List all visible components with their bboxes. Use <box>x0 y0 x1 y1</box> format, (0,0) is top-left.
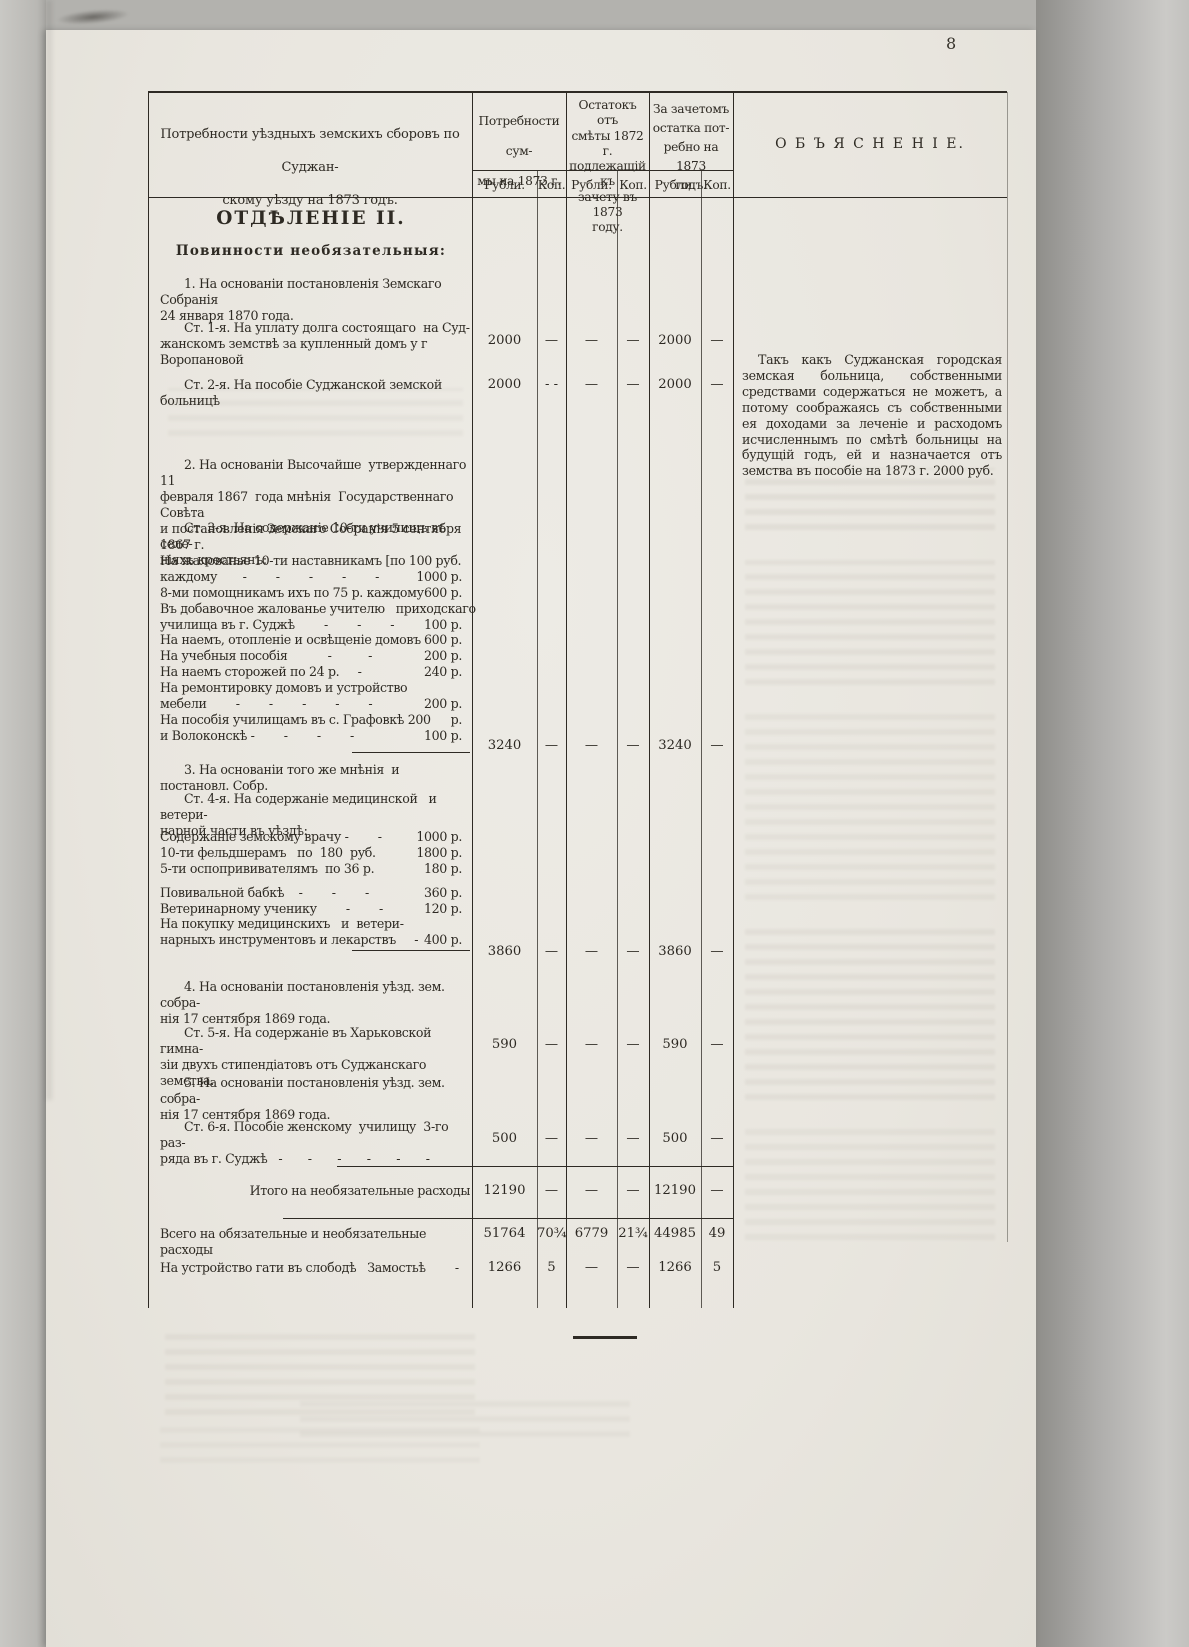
bleedthrough <box>745 705 995 900</box>
list-item-amount: 100 р. <box>424 728 462 744</box>
value-row-article-1: 2000———2000— <box>472 333 733 348</box>
subheader-kopecks: Коп. <box>617 178 649 192</box>
value-cell: — <box>701 333 733 348</box>
list-item-label: 10-ти фельдшерамъ по 180 руб. <box>160 845 376 861</box>
value-cell: — <box>617 1183 649 1198</box>
value-cell: 3860 <box>649 944 701 959</box>
value-cell: 3240 <box>472 738 537 753</box>
list-item-label: 8-ми помощникамъ ихъ по 75 р. каждому <box>160 585 424 601</box>
value-row-article-6: 500———500— <box>472 1131 733 1146</box>
value-cell: 70¾ <box>537 1226 566 1241</box>
value-cell: — <box>566 738 617 753</box>
scan-right-edge <box>1036 0 1189 1647</box>
value-cell: 1266 <box>472 1260 537 1275</box>
value-cell: 12190 <box>472 1183 537 1198</box>
list-item-label: На учебныя пособія - - <box>160 648 372 664</box>
list-item-amount: 200 р. <box>424 696 462 712</box>
subheader-kopecks: Коп. <box>701 178 733 192</box>
list-item-label: На наемъ, отопленіе и освѣщеніе домовъ <box>160 632 421 648</box>
value-row-article-3-sum: 3240———3240— <box>472 738 733 753</box>
value-cell: 5 <box>701 1260 733 1275</box>
list-item: 8-ми помощникамъ ихъ по 75 р. каждому600… <box>160 585 462 601</box>
value-row-causeway: 12665——12665 <box>472 1260 733 1275</box>
column-header-remainder-1872: Остатокъ отъ смѣты 1872 г. подлежащій къ… <box>566 98 649 236</box>
bleedthrough <box>745 560 995 685</box>
section-title: ОТДѢЛЕНІЕ II. <box>160 208 462 229</box>
value-cell: 21¾ <box>617 1226 649 1241</box>
list-item: нарныхъ инструментовъ и лекарствъ -400 р… <box>160 932 462 948</box>
list-item-label: Ветеринарному ученику - - <box>160 901 383 917</box>
value-cell: 1266 <box>649 1260 701 1275</box>
value-cell: 51764 <box>472 1226 537 1241</box>
value-cell: — <box>617 377 649 392</box>
list-item-amount: 400 р. <box>424 932 462 948</box>
list-item-label: На ремонтировку домовъ и устройство <box>160 680 407 696</box>
subheader-kopecks: Коп. <box>537 178 566 192</box>
value-cell: 6779 <box>566 1226 617 1241</box>
table-rule <box>148 91 1007 93</box>
value-cell: — <box>701 738 733 753</box>
list-item: и Волоконскѣ - - - -100 р. <box>160 728 462 744</box>
page-number: 8 <box>946 34 956 53</box>
paragraph-basis-5: 5. На основаніи постановленія уѣзд. зем.… <box>160 1075 470 1123</box>
value-cell: 3240 <box>649 738 701 753</box>
list-item: Содержаніе земскому врачу - -1000 р. <box>160 829 462 845</box>
explanation-paragraph: Такъ какъ Суджанская городская земская б… <box>742 352 1002 479</box>
paragraph-basis-1: 1. На основаніи постановленія Земскаго С… <box>160 276 470 324</box>
value-cell: — <box>566 1260 617 1275</box>
value-cell: 49 <box>701 1226 733 1241</box>
value-cell: — <box>537 1131 566 1146</box>
bleedthrough <box>745 468 995 530</box>
causeway-row-label: На устройство гати въ слободѣ Замостьѣ - <box>160 1260 470 1276</box>
value-cell: 590 <box>472 1037 537 1052</box>
list-item-label: мебели - - - - - <box>160 696 372 712</box>
value-cell: - - <box>537 377 566 392</box>
value-row-article-4-sum: 3860———3860— <box>472 944 733 959</box>
list-item: На наемъ, отопленіе и освѣщеніе домовъ60… <box>160 632 462 648</box>
value-cell: — <box>701 377 733 392</box>
list-item: Ветеринарному ученику - -120 р. <box>160 901 462 917</box>
list-item-label: На жалованье 10-ти наставникамъ [по 100 … <box>160 553 461 569</box>
table-rule <box>148 92 149 1308</box>
list-item-label: На покупку медицинскихъ и ветери- <box>160 916 404 932</box>
list-item-label: 5-ти оспопрививателямъ по 36 р. <box>160 861 374 877</box>
list-item: На ремонтировку домовъ и устройство <box>160 680 462 696</box>
value-cell: — <box>701 1037 733 1052</box>
list-item: На жалованье 10-ти наставникамъ [по 100 … <box>160 553 462 569</box>
value-row-article-2: 2000- -——2000— <box>472 377 733 392</box>
value-cell: — <box>537 333 566 348</box>
value-cell: — <box>537 738 566 753</box>
table-rule <box>1007 92 1008 1242</box>
list-item-amount: 360 р. <box>424 885 462 901</box>
value-cell: 3860 <box>472 944 537 959</box>
value-cell: — <box>617 333 649 348</box>
list-item: 10-ти фельдшерамъ по 180 руб.1800 р. <box>160 845 462 861</box>
value-cell: — <box>566 333 617 348</box>
total-optional-label: Итого на необязательные расходы <box>160 1183 470 1199</box>
list-item-amount: 120 р. <box>424 901 462 917</box>
list-item: Въ добавочное жалованье учителю приходск… <box>160 601 462 617</box>
list-item-label: и Волоконскѣ - - - - <box>160 728 354 744</box>
list-item: каждому - - - - -1000 р. <box>160 569 462 585</box>
article-1-label: Ст. 1-я. На уплату долга состоящаго на С… <box>160 320 470 368</box>
table-rule <box>472 92 473 1308</box>
fold-line <box>46 0 52 1100</box>
value-cell: 44985 <box>649 1226 701 1241</box>
value-row-article-5: 590———590— <box>472 1037 733 1052</box>
value-cell: 5 <box>537 1260 566 1275</box>
value-cell: 12190 <box>649 1183 701 1198</box>
bleedthrough <box>160 1425 480 1463</box>
value-cell: — <box>566 1131 617 1146</box>
sum-underline <box>352 752 470 753</box>
list-item-amount: 1000 р. <box>416 829 462 845</box>
list-item: На учебныя пособія - -200 р. <box>160 648 462 664</box>
school-expense-list: На жалованье 10-ти наставникамъ [по 100 … <box>160 553 462 744</box>
value-cell: 2000 <box>472 333 537 348</box>
value-cell: — <box>617 1260 649 1275</box>
value-cell: — <box>566 1183 617 1198</box>
list-item-amount: 180 р. <box>424 861 462 877</box>
list-item-label: Повивальной бабкѣ - - - <box>160 885 369 901</box>
paragraph-basis-4: 4. На основаніи постановленія уѣзд. зем.… <box>160 979 470 1027</box>
article-6-label: Ст. 6-я. Пособіе женскому училищу 3-го р… <box>160 1119 470 1167</box>
list-item: 5-ти оспопрививателямъ по 36 р.180 р. <box>160 861 462 877</box>
value-cell: 2000 <box>649 333 701 348</box>
value-cell: — <box>701 1131 733 1146</box>
list-item-label: училища въ г. Суджѣ - - - <box>160 617 394 633</box>
list-item-amount: 600 р. <box>424 585 462 601</box>
binding-smudge <box>56 7 131 27</box>
value-cell: 2000 <box>649 377 701 392</box>
value-cell: 590 <box>649 1037 701 1052</box>
value-cell: — <box>617 1131 649 1146</box>
sum-underline <box>352 950 470 951</box>
value-cell: — <box>701 1183 733 1198</box>
value-row-grand-total: 5176470¾677921¾4498549 <box>472 1226 733 1241</box>
list-item: мебели - - - - -200 р. <box>160 696 462 712</box>
list-item-amount: 100 р. <box>424 617 462 633</box>
list-item: На наемъ сторожей по 24 р. -240 р. <box>160 664 462 680</box>
value-cell: — <box>617 944 649 959</box>
value-cell: — <box>537 1183 566 1198</box>
table-rule <box>649 92 650 1308</box>
table-rule <box>566 92 567 1308</box>
value-row-total-optional: 12190———12190— <box>472 1183 733 1198</box>
bleedthrough <box>745 1125 995 1240</box>
bleedthrough <box>168 388 463 436</box>
value-cell: — <box>537 944 566 959</box>
list-item-amount: 1000 р. <box>416 569 462 585</box>
list-item-label: Содержаніе земскому врачу - - <box>160 829 382 845</box>
list-item: Повивальной бабкѣ - - -360 р. <box>160 885 462 901</box>
medical-expense-list: Содержаніе земскому врачу - -1000 р. 10-… <box>160 829 462 948</box>
value-cell: — <box>537 1037 566 1052</box>
closing-rule <box>573 1336 637 1339</box>
subheader-rubles: Рубли. <box>472 178 537 192</box>
list-item-amount: 1800 р. <box>416 845 462 861</box>
grand-total-label: Всего на обязательные и необязательные р… <box>160 1226 470 1258</box>
value-cell: 500 <box>649 1131 701 1146</box>
subheader-rubles: Рубли. <box>649 178 701 192</box>
column-header-description: Потребности уѣздныхъ земскихъ сборовъ по… <box>156 118 464 217</box>
value-cell: 2000 <box>472 377 537 392</box>
list-item-label: На пособія училищамъ въ с. Графовкѣ 200 <box>160 712 431 728</box>
list-item-amount: 240 р. <box>424 664 462 680</box>
list-item-amount: р. <box>451 712 462 728</box>
bleedthrough <box>745 925 995 1100</box>
scanned-document-page: 8 Потребности уѣздныхъ земскихъ сборовъ … <box>0 0 1189 1647</box>
list-item-label: каждому - - - - - <box>160 569 379 585</box>
scan-left-edge <box>0 0 46 1647</box>
value-cell: — <box>566 377 617 392</box>
value-cell: — <box>617 738 649 753</box>
list-item-label: На наемъ сторожей по 24 р. - <box>160 664 362 680</box>
value-cell: — <box>566 1037 617 1052</box>
paragraph-basis-3: 3. На основаніи того же мнѣнія и постано… <box>160 762 470 794</box>
list-item-label: нарныхъ инструментовъ и лекарствъ - <box>160 932 418 948</box>
value-cell: — <box>617 1037 649 1052</box>
list-item: училища въ г. Суджѣ - - -100 р. <box>160 617 462 633</box>
table-rule <box>733 92 734 1308</box>
list-item: На покупку медицинскихъ и ветери- <box>160 916 462 932</box>
sum-underline <box>283 1218 733 1219</box>
column-header-explanation: О Б Ъ Я С Н Е Н І Е. <box>733 136 1007 152</box>
section-subtitle: Повинности необязательныя: <box>160 243 462 259</box>
list-item: На пособія училищамъ въ с. Графовкѣ 200р… <box>160 712 462 728</box>
list-item-amount: 200 р. <box>424 648 462 664</box>
subheader-rubles: Рубли. <box>566 178 617 192</box>
value-cell: — <box>566 944 617 959</box>
value-cell: — <box>701 944 733 959</box>
value-cell: 500 <box>472 1131 537 1146</box>
list-item-label: Въ добавочное жалованье учителю приходск… <box>160 601 476 617</box>
list-item-amount: 600 р. <box>424 632 462 648</box>
